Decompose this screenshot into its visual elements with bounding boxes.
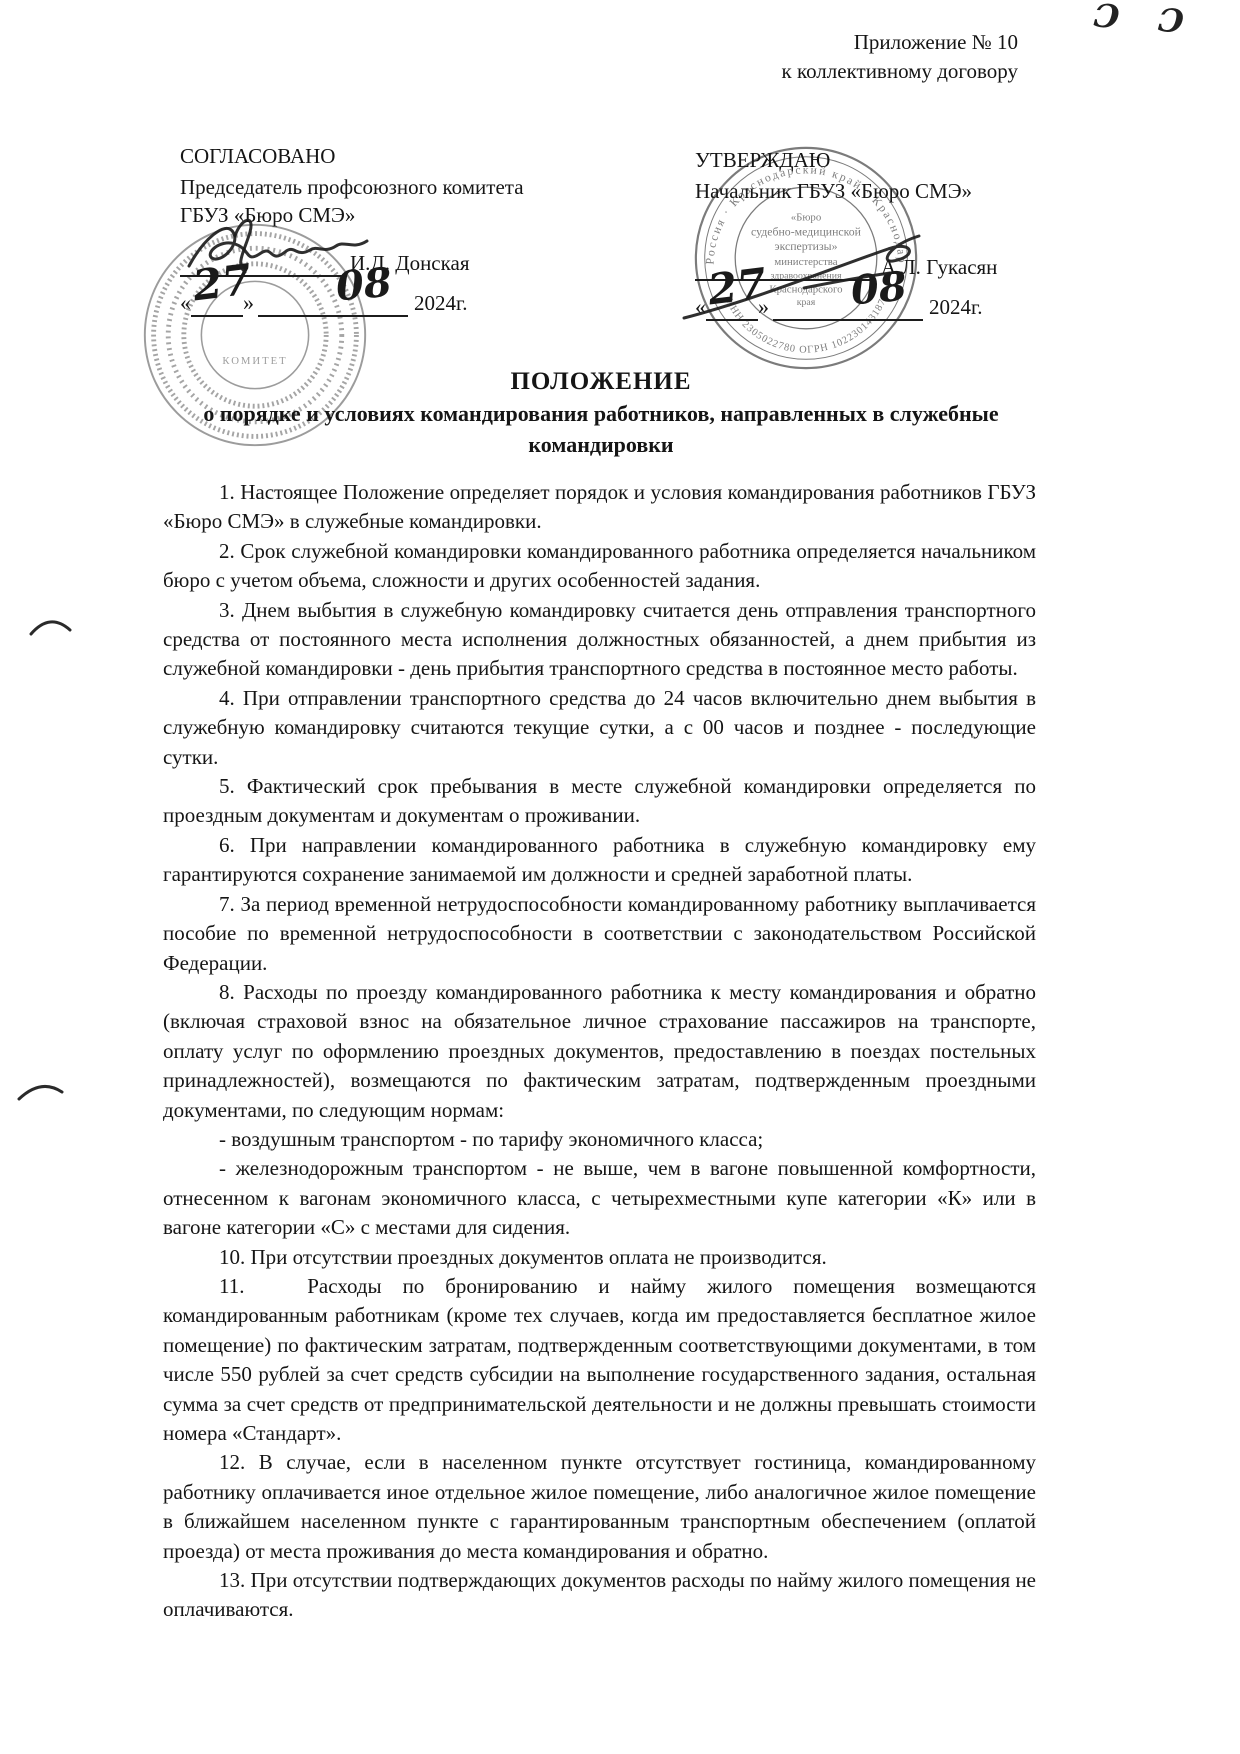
paragraph-3: 3. Днем выбытия в служебную командировку… — [163, 596, 1036, 684]
appendix-line2: к коллективному договору — [782, 57, 1019, 86]
paragraph-11: 11. Расходы по бронированию и найму жило… — [163, 1272, 1036, 1448]
agreed-role-line1: Председатель профсоюзного комитета — [180, 173, 640, 201]
paragraph-8-item-rail: - железнодорожным транспортом - не выше,… — [163, 1154, 1036, 1242]
paragraph-6: 6. При направлении командированного рабо… — [163, 831, 1036, 890]
date-year: 2024г. — [929, 293, 983, 321]
paragraph-4: 4. При отправлении транспортного средств… — [163, 684, 1036, 772]
agreed-heading: СОГЛАСОВАНО — [180, 142, 640, 170]
date-day-slot: 27 — [191, 285, 243, 317]
paragraph-5: 5. Фактический срок пребывания в месте с… — [163, 772, 1036, 831]
handwritten-day: 27 — [707, 270, 768, 305]
document-title-block: ПОЛОЖЕНИЕ о порядке и условиях командиро… — [163, 366, 1039, 460]
subtitle-line1: о порядке и условиях командирования рабо… — [163, 398, 1039, 429]
date-month-line: 08 — [773, 289, 923, 321]
subtitle-line2: командировки — [163, 429, 1039, 460]
paragraph-12: 12. В случае, если в населенном пункте о… — [163, 1448, 1036, 1566]
approved-date-row: «27»082024г. — [695, 289, 1135, 327]
appendix-line1: Приложение № 10 — [782, 28, 1019, 57]
appendix-header: Приложение № 10 к коллективному договору — [782, 28, 1019, 86]
date-month-line: 08 — [258, 285, 408, 317]
page-title: ПОЛОЖЕНИЕ — [163, 366, 1039, 398]
handwritten-month: 08 — [850, 273, 908, 306]
paragraph-8: 8. Расходы по проезду командированного р… — [163, 978, 1036, 1125]
scan-artifact-curve-icon — [28, 610, 74, 640]
paragraph-7: 7. За период временной нетрудоспособност… — [163, 890, 1036, 978]
document-body: 1. Настоящее Положение определяет порядо… — [163, 478, 1036, 1625]
date-day-slot: 27 — [706, 289, 758, 321]
quote-open: « — [695, 294, 706, 319]
agreed-block: СОГЛАСОВАНО Председатель профсоюзного ко… — [180, 142, 640, 323]
handwritten-month: 08 — [335, 269, 393, 302]
agreed-date-row: «27»082024г. — [180, 285, 640, 323]
paragraph-13: 13. При отсутствии подтверждающих докуме… — [163, 1566, 1036, 1625]
paragraph-8-item-air: - воздушным транспортом - по тарифу экон… — [163, 1125, 1036, 1154]
paragraph-2: 2. Срок служебной командировки командиро… — [163, 537, 1036, 596]
paragraph-1: 1. Настоящее Положение определяет порядо… — [163, 478, 1036, 537]
scan-artifact-curve-icon — [16, 1076, 66, 1104]
quote-open: « — [180, 290, 191, 315]
handwritten-page-mark: Ɔ Ɔ — [1093, 0, 1199, 42]
approved-heading: УТВЕРЖДАЮ — [695, 146, 1135, 174]
approved-role-line1: Начальник ГБУЗ «Бюро СМЭ» — [695, 177, 1135, 205]
handwritten-day: 27 — [192, 266, 253, 301]
agreed-role-line2: ГБУЗ «Бюро СМЭ» — [180, 201, 640, 229]
paragraph-10: 10. При отсутствии проездных документов … — [163, 1243, 1036, 1272]
scanned-document-page: Ɔ Ɔ Приложение № 10 к коллективному дого… — [0, 0, 1240, 1754]
approved-block: УТВЕРЖДАЮ Начальник ГБУЗ «Бюро СМЭ» А.Л.… — [695, 146, 1135, 327]
date-year: 2024г. — [414, 289, 468, 317]
